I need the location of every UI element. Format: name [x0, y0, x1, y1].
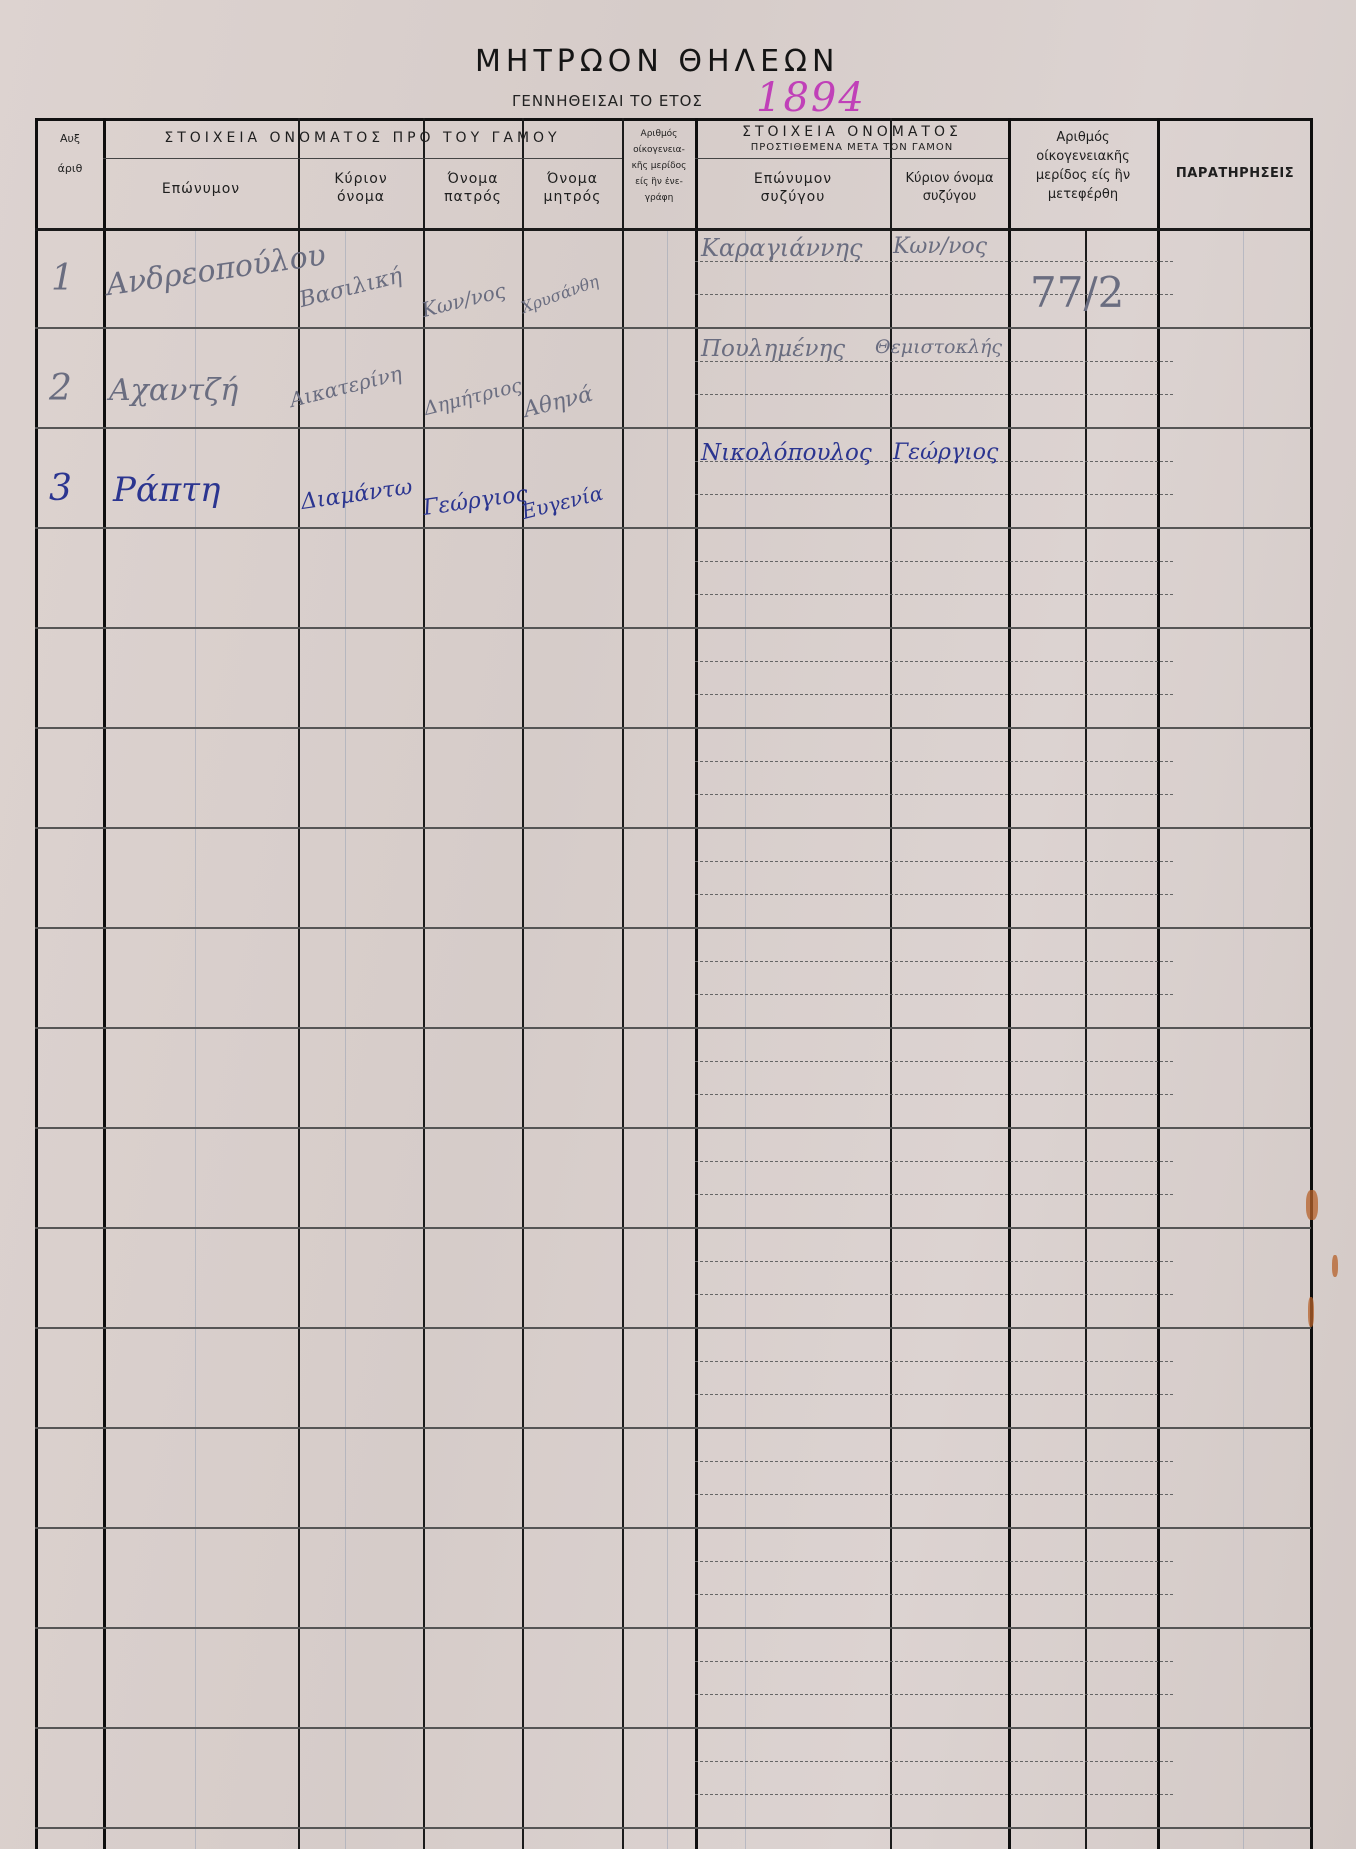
row3-first-name: Διαμάντω: [300, 475, 414, 515]
header-father-line2: πατρός: [425, 188, 521, 206]
page-subtitle: ΓΕΝΝΗΘΕΙΣΑΙ ΤΟ ΕΤΟΣ: [512, 92, 703, 110]
row-subline: [695, 1494, 1173, 1495]
row-divider: [35, 1127, 1311, 1129]
register-table: Αυξ άριθ ΣΤΟΙΧΕΙΑ ΟΝΟΜΑΤΟΣ ΠΡΟ ΤΟΥ ΓΑΜΟΥ…: [35, 118, 1311, 1849]
row2-surname: Αχαντζή: [109, 373, 238, 408]
header-father-name: Όνομα πατρός: [425, 170, 521, 206]
row-divider: [35, 427, 1311, 429]
row-divider: [35, 727, 1311, 729]
row-subline: [695, 1161, 1173, 1162]
row3-spouse-first-name: Γεώργιος: [893, 440, 998, 465]
row3-mother-name: Ευγενία: [519, 481, 605, 524]
col-subdivider-family-transferred: [1085, 230, 1087, 1849]
row3-father-name: Γεώργιος: [422, 482, 530, 521]
header-spouse-surname-l1: Επώνυμον: [697, 170, 889, 188]
header-first-name-line2: όνομα: [300, 188, 422, 206]
rust-stain: [1332, 1255, 1338, 1277]
header-divider-pre: [103, 158, 622, 159]
row-subline: [695, 994, 1173, 995]
row-subline: [695, 1761, 1173, 1762]
header-bottom-border: [35, 228, 1311, 231]
header-pre-marriage-group: ΣΤΟΙΧΕΙΑ ΟΝΟΜΑΤΟΣ ΠΡΟ ΤΟΥ ΓΑΜΟΥ: [105, 130, 620, 146]
row-divider: [35, 1827, 1311, 1829]
header-serial: Αυξ άριθ: [39, 132, 101, 176]
row-subline: [695, 1361, 1173, 1362]
header-father-line1: Όνομα: [425, 170, 521, 188]
guide-line: [1243, 230, 1244, 1849]
header-divider-post: [695, 158, 1008, 159]
row-divider: [35, 327, 1311, 329]
header-family-tr-l4: μετεφέρθη: [1010, 185, 1156, 204]
row-subline: [695, 894, 1173, 895]
row-subline: [695, 1694, 1173, 1695]
row-divider: [35, 527, 1311, 529]
rust-stain: [1308, 1297, 1314, 1327]
row-subline: [695, 661, 1173, 662]
row-subline: [695, 494, 1173, 495]
row-divider: [35, 1327, 1311, 1329]
row1-surname: Ανδρεοπούλου: [104, 238, 328, 303]
row-subline: [695, 1461, 1173, 1462]
row3-surname: Ράπτη: [113, 470, 220, 510]
row-subline: [695, 594, 1173, 595]
row-divider: [35, 1527, 1311, 1529]
border-left: [35, 118, 38, 1849]
row-subline: [695, 1794, 1173, 1795]
guide-line: [345, 230, 346, 1849]
header-family-reg-l4: είς ἣν ἐνε-: [624, 174, 694, 190]
row-subline: [695, 1261, 1173, 1262]
row-divider: [35, 1727, 1311, 1729]
row2-spouse-surname: Πουλημένης: [701, 336, 845, 362]
row2-father-name: Δημήτριος: [422, 374, 524, 420]
header-family-tr-l3: μερίδος είς ἣν: [1010, 166, 1156, 185]
row-subline: [695, 1561, 1173, 1562]
row1-spouse-first-name: Κων/νος: [893, 234, 987, 259]
header-serial-line1: Αυξ: [39, 132, 101, 146]
page-title: ΜΗΤΡΩΟΝ ΘΗΛΕΩΝ: [475, 44, 895, 79]
row3-serial: 3: [49, 468, 72, 509]
header-family-reg-l2: οίκογενεια-: [624, 142, 694, 158]
row2-spouse-first-name: Θεμιστοκλής: [875, 336, 1002, 358]
row-divider: [35, 627, 1311, 629]
header-mother-line2: μητρός: [524, 188, 621, 206]
header-family-reg-l1: Αριθμός: [624, 126, 694, 142]
guide-line: [667, 230, 668, 1849]
guide-line: [745, 230, 746, 1849]
rust-stain: [1306, 1190, 1318, 1220]
row-divider: [35, 1427, 1311, 1429]
col-divider-firstname: [423, 118, 425, 1849]
header-family-transferred: Αριθμός οίκογενειακῆς μερίδος είς ἣν μετ…: [1010, 128, 1156, 204]
row2-mother-name: Αθηνά: [521, 382, 595, 423]
row3-spouse-surname: Νικολόπουλος: [701, 440, 872, 466]
header-post-marriage-sub: ΠΡΟΣΤΙΘΕΜΕΝΑ ΜΕΤΑ ΤΟΝ ΓΑΜΟΝ: [697, 142, 1007, 153]
birth-year: 1894: [752, 78, 870, 119]
row1-spouse-surname: Καραγιάννης: [701, 234, 862, 262]
row1-family-transferred: 77/2: [1030, 268, 1124, 317]
row1-father-name: Κων/νος: [419, 278, 508, 322]
row-divider: [35, 1627, 1311, 1629]
row-subline: [695, 394, 1173, 395]
col-divider-family-registered: [695, 118, 698, 1849]
header-spouse-first-name: Κύριον όνομα συζύγου: [892, 170, 1007, 206]
col-divider-surname: [298, 118, 300, 1849]
row-subline: [695, 1094, 1173, 1095]
row-subline: [695, 1594, 1173, 1595]
col-divider-family-transferred: [1157, 118, 1160, 1849]
col-divider-mother: [622, 118, 624, 1849]
row1-mother-name: Χρυσάνθη: [519, 271, 602, 317]
header-spouse-surname: Επώνυμον συζύγου: [697, 170, 889, 206]
header-remarks: ΠΑΡΑΤΗΡΗΣΕΙΣ: [1160, 166, 1310, 181]
row-divider: [35, 927, 1311, 929]
row-subline: [695, 1661, 1173, 1662]
header-post-marriage-group: ΣΤΟΙΧΕΙΑ ΟΝΟΜΑΤΟΣ: [697, 124, 1007, 140]
col-divider-spouse-firstname: [1008, 118, 1011, 1849]
header-serial-line2: άριθ: [39, 162, 101, 176]
border-right: [1310, 118, 1313, 1849]
row-divider: [35, 827, 1311, 829]
col-divider-spouse-surname: [890, 118, 892, 1849]
row-divider: [35, 1027, 1311, 1029]
row-subline: [695, 794, 1173, 795]
header-spouse-surname-l2: συζύγου: [697, 188, 889, 206]
header-family-tr-l1: Αριθμός: [1010, 128, 1156, 147]
row-subline: [695, 1394, 1173, 1395]
header-first-name: Κύριον όνομα: [300, 170, 422, 206]
header-mother-line1: Όνομα: [524, 170, 621, 188]
header-mother-name: Όνομα μητρός: [524, 170, 621, 206]
row2-serial: 2: [49, 368, 72, 409]
header-spouse-first-l2: συζύγου: [892, 188, 1007, 206]
row-subline: [695, 961, 1173, 962]
table-top-border: [35, 118, 1311, 121]
row-subline: [695, 1294, 1173, 1295]
header-family-registered: Αριθμός οίκογενεια- κῆς μερίδος είς ἣν ἐ…: [624, 126, 694, 206]
row-subline: [695, 861, 1173, 862]
col-divider-serial: [103, 118, 106, 1849]
header-family-tr-l2: οίκογενειακῆς: [1010, 147, 1156, 166]
row-subline: [695, 1061, 1173, 1062]
header-first-name-line1: Κύριον: [300, 170, 422, 188]
header-spouse-first-l1: Κύριον όνομα: [892, 170, 1007, 188]
row-subline: [695, 561, 1173, 562]
header-family-reg-l5: γράφη: [624, 190, 694, 206]
row-subline: [695, 694, 1173, 695]
row-subline: [695, 761, 1173, 762]
header-family-reg-l3: κῆς μερίδος: [624, 158, 694, 174]
row-subline: [695, 1194, 1173, 1195]
row-divider: [35, 1227, 1311, 1229]
row1-serial: 1: [51, 258, 74, 299]
col-divider-father: [522, 118, 524, 1849]
header-surname: Επώνυμον: [105, 180, 297, 198]
